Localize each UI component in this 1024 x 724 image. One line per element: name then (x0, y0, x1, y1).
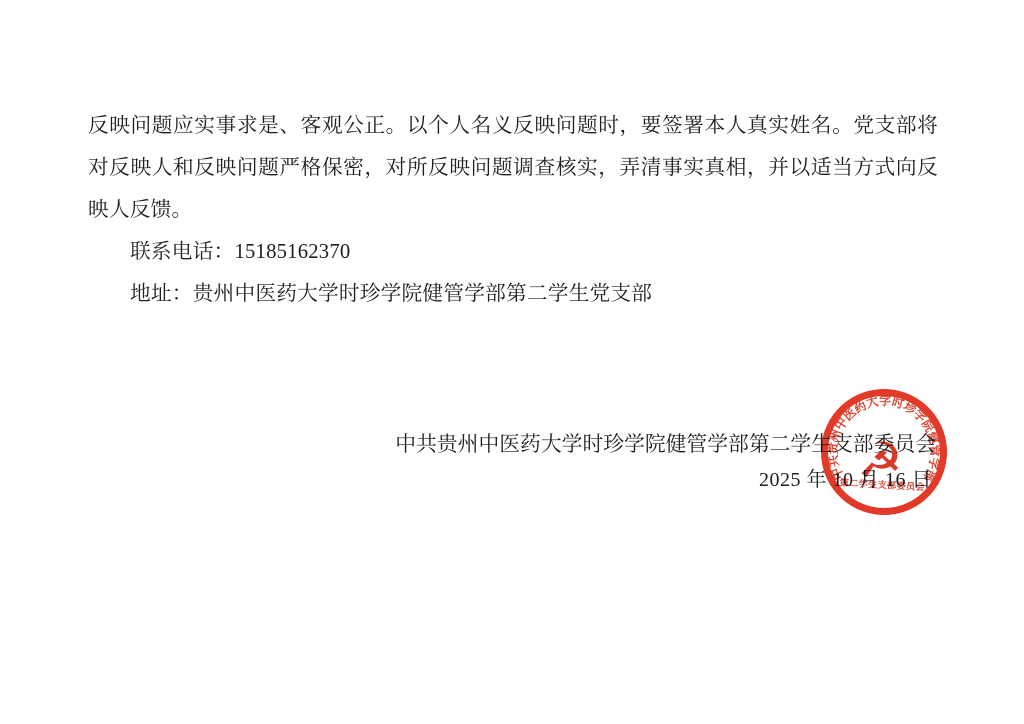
address-value: 贵州中医药大学时珍学院健管学部第二学生党支部 (193, 283, 653, 305)
contact-phone-number: 15185162370 (234, 241, 350, 263)
signature-organization: 中共贵州中医药大学时珍学院健管学部第二学生支部委员会 (395, 431, 936, 459)
contact-phone-label: 联系电话： (130, 241, 234, 263)
contact-phone-line: 联系电话：15185162370 (88, 231, 938, 273)
document-page: 反映问题应实事求是、客观公正。以个人名义反映问题时，要签署本人真实姓名。党支部将… (0, 0, 1024, 724)
address-label: 地址： (130, 283, 193, 305)
signature-date: 2025 年 10 月 16 日 (759, 466, 932, 494)
paragraph-reporting-requirements: 反映问题应实事求是、客观公正。以个人名义反映问题时，要签署本人真实姓名。党支部将… (88, 105, 938, 231)
address-line: 地址：贵州中医药大学时珍学院健管学部第二学生党支部 (88, 273, 938, 315)
document-body: 反映问题应实事求是、客观公正。以个人名义反映问题时，要签署本人真实姓名。党支部将… (88, 105, 938, 315)
